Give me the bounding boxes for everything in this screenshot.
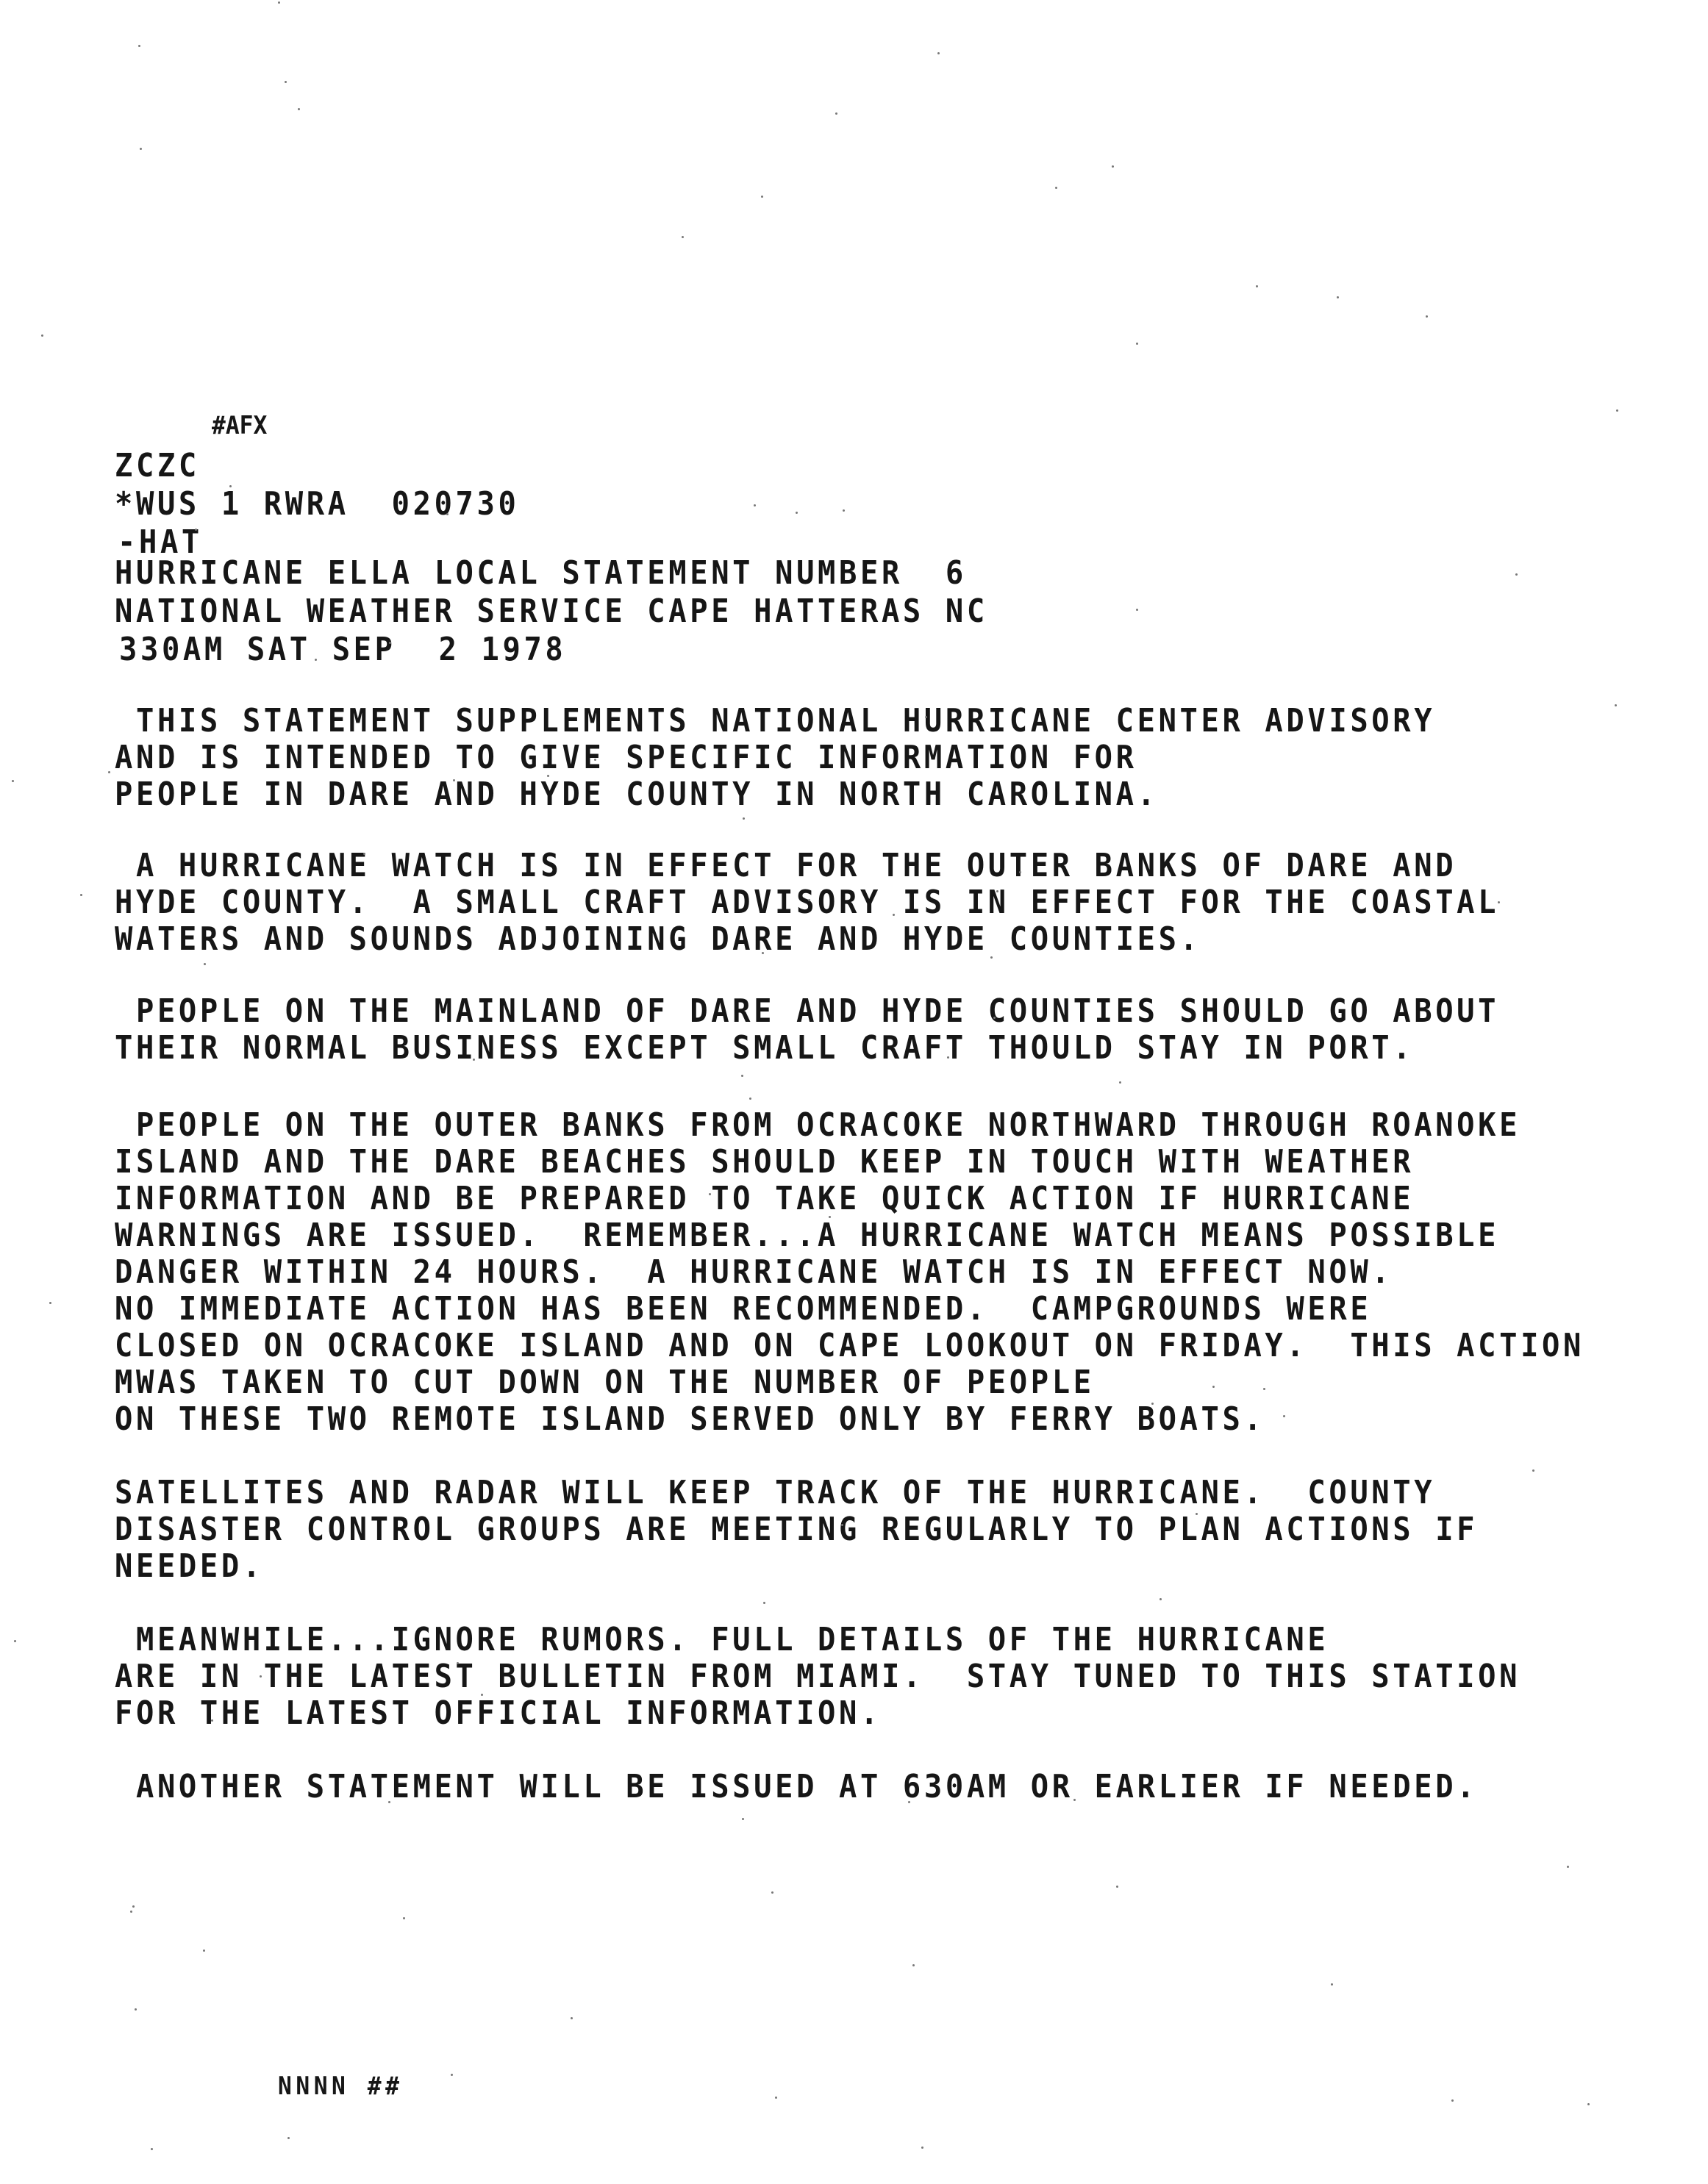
speck (1159, 1598, 1162, 1600)
speck (1196, 1513, 1198, 1515)
speck (1055, 187, 1057, 189)
speck (754, 504, 756, 506)
header-line-wmo-id: *WUS 1 RWRA 020730 (115, 485, 519, 523)
paragraph-line: FOR THE LATEST OFFICIAL INFORMATION. (115, 1694, 882, 1733)
speck (1616, 409, 1618, 412)
paragraph-line: INFORMATION AND BE PREPARED TO TAKE QUIC… (115, 1180, 1414, 1218)
speck (993, 1017, 996, 1019)
paragraph-line: PEOPLE ON THE MAINLAND OF DARE AND HYDE … (115, 992, 1499, 1031)
paragraph-line: THEIR NORMAL BUSINESS EXCEPT SMALL CRAFT… (115, 1029, 1414, 1067)
speck (1263, 1388, 1265, 1390)
speck (12, 780, 14, 782)
speck (285, 81, 287, 83)
speck (547, 775, 549, 777)
speck (1337, 296, 1339, 298)
header-line-zczc: ZCZC (115, 447, 200, 485)
speck (80, 894, 82, 896)
paragraph-line: MEANWHILE...IGNORE RUMORS. FULL DETAILS … (115, 1621, 1329, 1659)
speck (761, 196, 763, 198)
speck (388, 1801, 390, 1803)
paragraph-line: PEOPLE ON THE OUTER BANKS FROM OCRACOKE … (115, 1106, 1521, 1145)
paragraph-line: HYDE COUNTY. A SMALL CRAFT ADVISORY IS I… (115, 884, 1499, 922)
speck (808, 899, 810, 901)
paragraph-line: ON THESE TWO REMOTE ISLAND SERVED ONLY B… (115, 1400, 1265, 1439)
speck (925, 716, 927, 718)
speck (1151, 1403, 1154, 1405)
speck (315, 659, 317, 661)
speck (1515, 573, 1518, 576)
speck (829, 1216, 831, 1218)
speck (138, 45, 140, 47)
paragraph-line: ARE IN THE LATEST BULLETIN FROM MIAMI. S… (115, 1658, 1521, 1696)
speck (1331, 1983, 1333, 1986)
speck (947, 1056, 949, 1059)
paragraph-line: WATERS AND SOUNDS ADJOINING DARE AND HYD… (115, 920, 1201, 959)
speck (446, 513, 449, 515)
speck (211, 1719, 213, 1722)
end-mark: NNNN ## (278, 2067, 403, 2105)
header-line-office: NATIONAL WEATHER SERVICE CAPE HATTERAS N… (115, 592, 988, 631)
speck (473, 1059, 475, 1061)
top-mark: #AFX (212, 407, 267, 445)
speck (1283, 1415, 1285, 1417)
speck (130, 1911, 132, 1913)
speck (1136, 609, 1138, 611)
speck (403, 1917, 405, 1919)
paragraph-line: WARNINGS ARE ISSUED. REMEMBER...A HURRIC… (115, 1217, 1499, 1255)
speck (1256, 285, 1258, 287)
speck (835, 112, 837, 115)
paragraph-line: AND IS INTENDED TO GIVE SPECIFIC INFORMA… (115, 739, 1137, 777)
speck (140, 148, 142, 150)
speck (996, 890, 998, 892)
speck (203, 1950, 205, 1952)
speck (743, 817, 745, 820)
speck (709, 1193, 711, 1195)
speck (135, 2008, 137, 2011)
speck (278, 1, 280, 4)
speck (1498, 901, 1500, 903)
paragraph-line: DISASTER CONTROL GROUPS ARE MEETING REGU… (115, 1511, 1478, 1549)
speck (571, 2017, 573, 2019)
speck (990, 956, 993, 959)
paragraph-line: NEEDED. (115, 1547, 264, 1586)
speck (1073, 1799, 1076, 1801)
speck (260, 1675, 262, 1678)
speck (893, 914, 895, 916)
speck (195, 529, 197, 531)
speck (41, 334, 43, 337)
header-line-title: HURRICANE ELLA LOCAL STATEMENT NUMBER 6 (115, 554, 967, 592)
speck (762, 952, 764, 954)
paragraph-line: MWAS TAKEN TO CUT DOWN ON THE NUMBER OF … (115, 1364, 1095, 1402)
paragraph-line: ISLAND AND THE DARE BEACHES SHOULD KEEP … (115, 1143, 1414, 1181)
speck (1119, 1081, 1121, 1084)
speck (204, 963, 206, 965)
speck (151, 2148, 153, 2150)
speck (229, 485, 232, 487)
speck (908, 1801, 910, 1803)
speck (481, 1694, 483, 1696)
speck (363, 853, 365, 855)
speck (1615, 704, 1617, 706)
speck (453, 779, 455, 781)
speck (594, 759, 596, 761)
paragraph-line: ANOTHER STATEMENT WILL BE ISSUED AT 630A… (115, 1768, 1478, 1806)
speck (763, 1602, 765, 1604)
speck (912, 1964, 915, 1966)
speck (14, 1640, 16, 1642)
paragraph-line: SATELLITES AND RADAR WILL KEEP TRACK OF … (115, 1474, 1435, 1512)
speck (921, 2147, 923, 2149)
paragraph-line: NO IMMEDIATE ACTION HAS BEEN RECOMMENDED… (115, 1290, 1371, 1328)
speck (1212, 1386, 1215, 1388)
speck (1567, 1866, 1569, 1868)
speck (741, 1075, 743, 1077)
teletype-page: #AFX ZCZC *WUS 1 RWRA 020730 -HAT HURRIC… (0, 0, 1708, 2184)
speck (1116, 1886, 1118, 1888)
speck (1426, 315, 1428, 318)
speck (843, 509, 845, 512)
speck (132, 1905, 135, 1908)
paragraph-line: PEOPLE IN DARE AND HYDE COUNTY IN NORTH … (115, 776, 1159, 814)
speck (1532, 1469, 1534, 1472)
speck (451, 2074, 453, 2076)
paragraph-line: A HURRICANE WATCH IS IN EFFECT FOR THE O… (115, 847, 1457, 885)
speck (1136, 343, 1138, 345)
speck (1451, 2099, 1454, 2102)
speck (298, 108, 300, 110)
speck (287, 2137, 290, 2139)
speck (749, 1098, 751, 1100)
paragraph-line: DANGER WITHIN 24 HOURS. A HURRICANE WATC… (115, 1253, 1393, 1292)
header-line-datetime: 330AM SAT SEP 2 1978 (119, 631, 566, 669)
speck (682, 236, 684, 238)
speck (108, 771, 110, 773)
speck (457, 1662, 459, 1664)
speck (742, 1818, 744, 1820)
speck (937, 52, 940, 54)
paragraph-line: CLOSED ON OCRACOKE ISLAND AND ON CAPE LO… (115, 1327, 1584, 1365)
paragraph-line: THIS STATEMENT SUPPLEMENTS NATIONAL HURR… (115, 702, 1435, 740)
speck (796, 512, 798, 514)
speck (1019, 871, 1021, 873)
speck (771, 1891, 773, 1894)
speck (389, 642, 391, 644)
speck (1112, 165, 1114, 168)
speck (49, 1302, 51, 1304)
speck (1587, 2103, 1590, 2105)
speck (841, 1524, 843, 1526)
speck (775, 2097, 777, 2099)
